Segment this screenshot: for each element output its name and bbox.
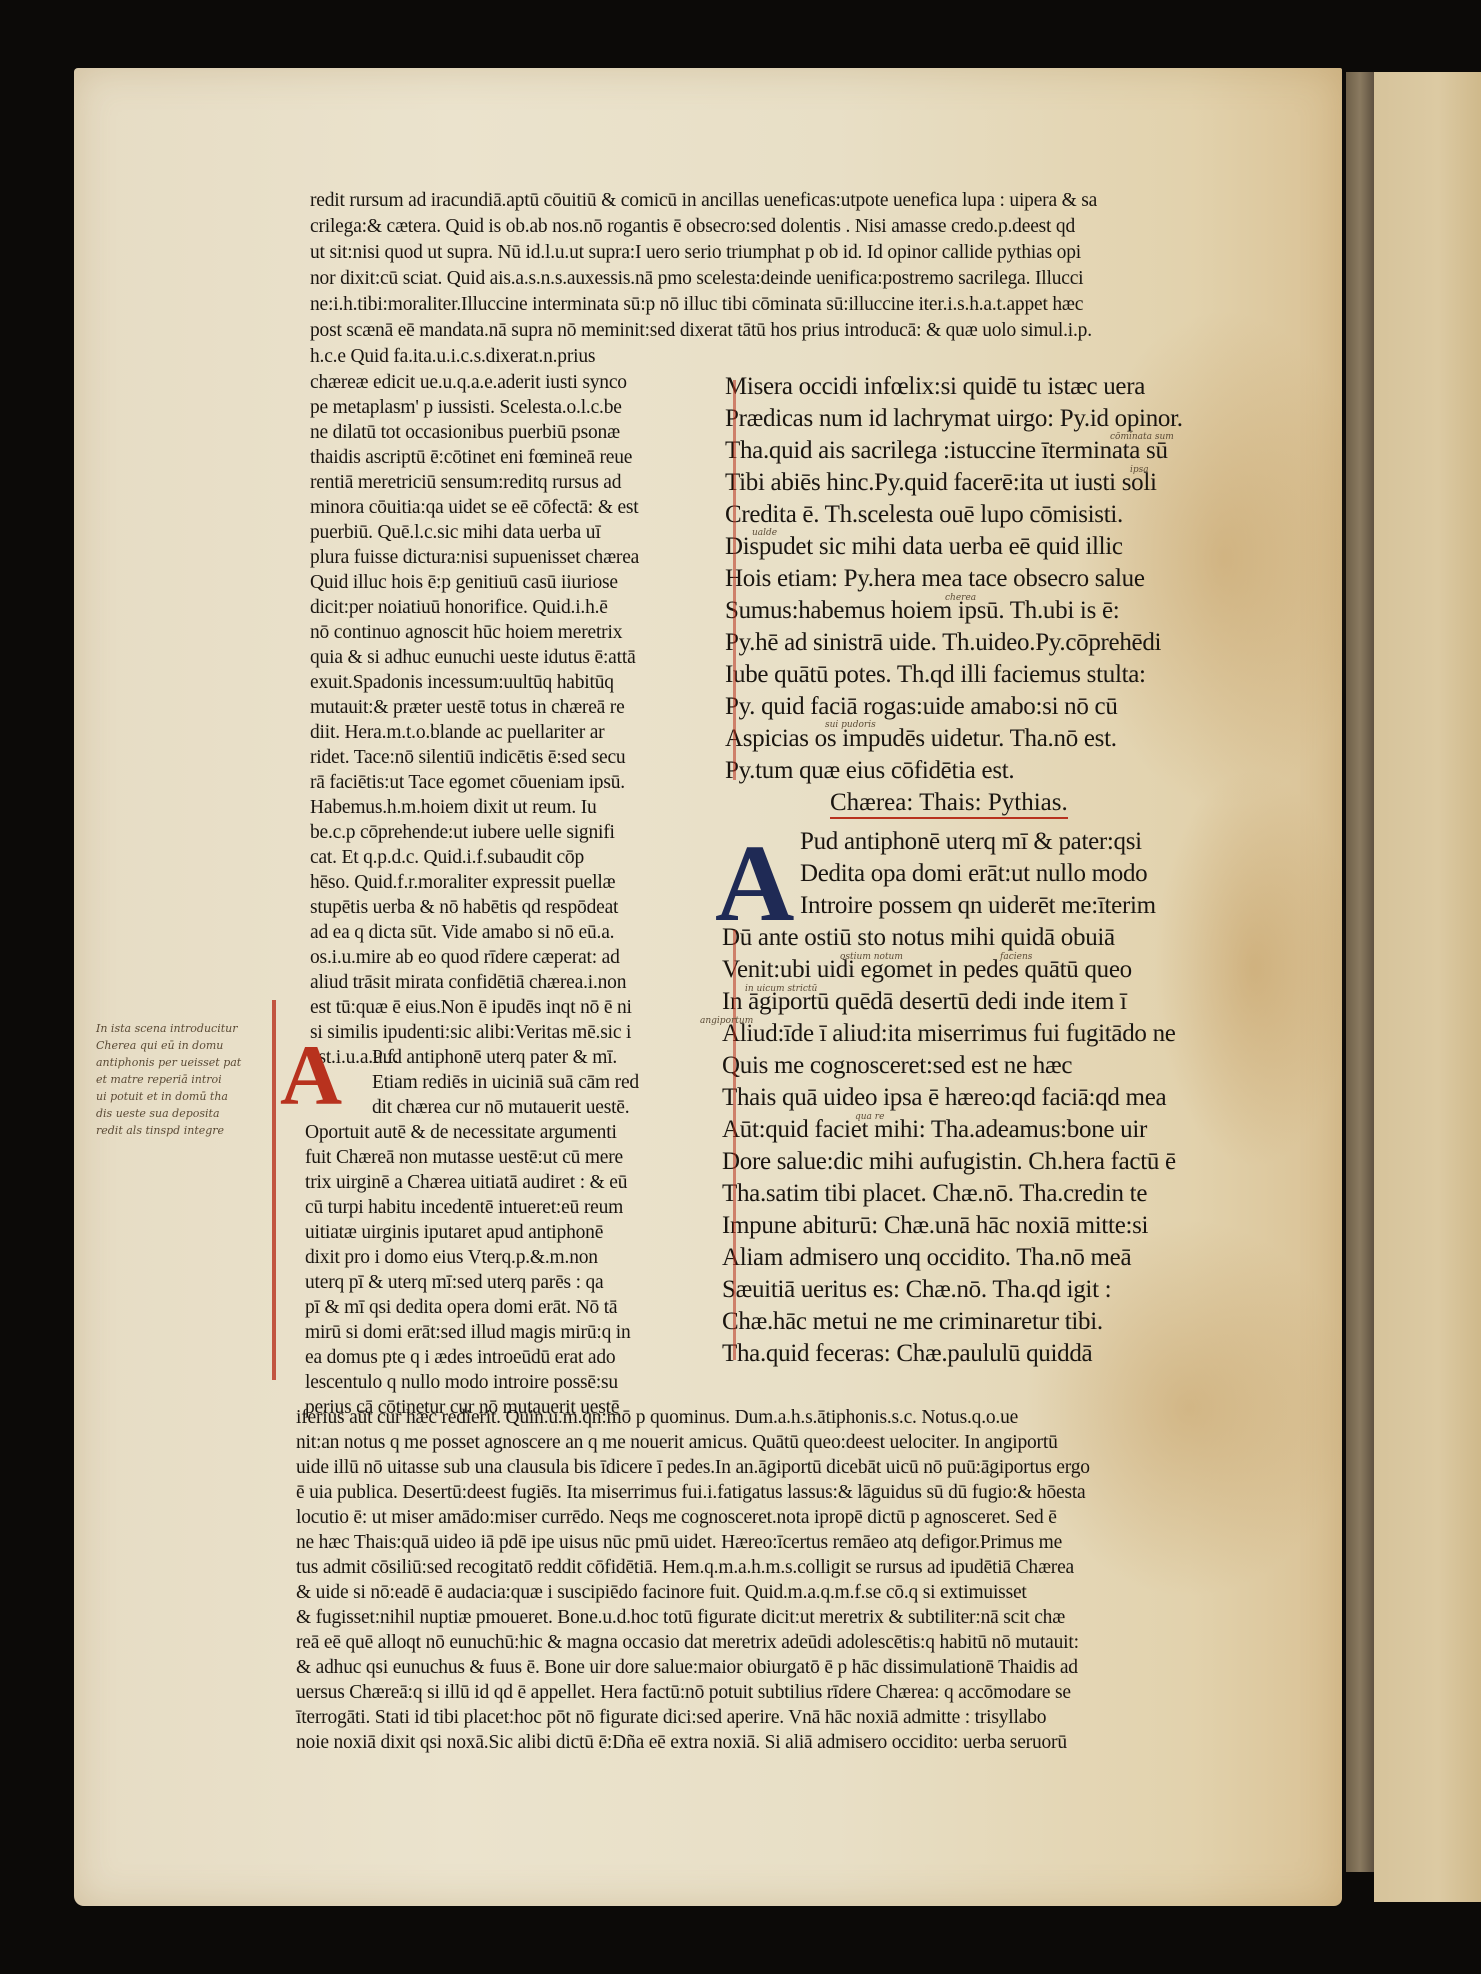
verse-line: Sæuitiā ueritus es: Chæ.nō. Tha.qd igit … <box>722 1276 1111 1304</box>
gloss: faciens <box>1000 952 1032 962</box>
commentary-line: rā faciētis:ut Tace egomet cōueniam ipsū… <box>310 772 625 794</box>
commentary-line: uterq pī & uterq mī:sed uterq parēs : qa <box>305 1272 604 1294</box>
verse-line: Prædicas num id lachrymat uirgo: Py.id o… <box>725 405 1183 433</box>
commentary-line: ridet. Tace:nō silentiū indicētis ē:sed … <box>310 747 625 769</box>
commentary-line: nit:an notus q me posset agnoscere an q … <box>296 1432 1058 1454</box>
commentary-line: tus admit cōsiliū:sed recogitatō reddit … <box>296 1557 1074 1579</box>
commentary-line: ea domus pte q i ædes introeūdū erat ado <box>305 1347 615 1369</box>
commentary-line: iferius aūt cur hæc redierit. Quin.u.m.q… <box>296 1407 1018 1429</box>
commentary-line: cat. Et q.p.d.c. Quid.i.f.subaudit cōp <box>310 847 584 869</box>
initial-flourish <box>272 1000 276 1380</box>
commentary-line: & adhuc qsi eunuchus & fuus ē. Bone uir … <box>296 1657 1078 1679</box>
commentary-line: post scænā eē mandata.nā supra nō memini… <box>310 320 1092 342</box>
gloss: cherea <box>945 593 976 603</box>
commentary-line: reā eē quē alloqt nō eunuchū:hic & magna… <box>296 1632 1079 1654</box>
gloss: ipsa <box>1130 465 1149 475</box>
annotation-line: antiphonis per ueisset pat <box>96 1054 241 1071</box>
commentary-line: cū turpi habitu incedentē intueret:eū re… <box>305 1197 623 1219</box>
verse-line: Quis me cognosceret:sed est ne hæc <box>722 1052 1072 1080</box>
commentary-line: mirū si domi erāt:sed illud magis mirū:q… <box>305 1322 631 1344</box>
commentary-line: Etiam rediēs in uiciniā suā cām red <box>372 1072 639 1094</box>
commentary-line: ne:i.h.tibi:moraliter.Illuccine intermin… <box>310 294 1083 316</box>
verse-line: Dore salue:dic mihi aufugistin. Ch.hera … <box>722 1148 1176 1176</box>
verse-line: Aūt:quid faciet mihi: Tha.adeamus:bone u… <box>722 1116 1147 1144</box>
commentary-line: trix uirginē a Chærea uitiatā audiret : … <box>305 1172 627 1194</box>
commentary-line: puerbiū. Quē.l.c.sic mihi data uerba uī <box>310 522 601 544</box>
commentary-line: Quid illuc hois ē:p genitiuū casū iiurio… <box>310 572 618 594</box>
commentary-line: & fugisset:nihil nuptiæ pmoueret. Bone.u… <box>296 1607 1065 1629</box>
gutter-shadow <box>1346 72 1374 1872</box>
commentary-line: minora cōuitia:qa uidet se eē cōfectā: &… <box>310 497 639 519</box>
commentary-line: locutio ē: ut miser amādo:miser currēdo.… <box>296 1507 1057 1529</box>
verse-line: Aliud:īde ī aliud:ita miserrimus fui fug… <box>722 1020 1176 1048</box>
commentary-line: Pud antiphonē uterq pater & mī. <box>372 1047 617 1069</box>
rubrication-stroke <box>733 380 736 780</box>
verse-line: Chæ.hāc metui ne me criminaretur tibi. <box>722 1308 1103 1336</box>
verse-line: Aliam admisero unq occidito. Tha.nō meā <box>722 1244 1131 1272</box>
gloss: cōminata sum <box>1110 432 1174 442</box>
verse-line: Thais quā uideo ipsa ē hæreo:qd faciā:qd… <box>722 1084 1166 1112</box>
verse-line: Introire possem qn uiderēt me:īterim <box>800 892 1156 920</box>
water-stain <box>1024 1218 1354 1598</box>
verse-line: Aspicias os impudēs uidetur. Tha.nō est. <box>725 725 1117 753</box>
commentary-line: Oportuit autē & de necessitate argumenti <box>305 1122 617 1144</box>
annotation-line: redit als tinspd integre <box>96 1122 224 1139</box>
commentary-line: rentiā meretriciū sensum:reditq rursus a… <box>310 472 621 494</box>
commentary-line: quia & si adhuc eunuchi ueste idutus ē:a… <box>310 647 636 669</box>
commentary-line: uide illū nō uitasse sub una clausula bi… <box>296 1457 1090 1479</box>
gloss: sui pudoris <box>825 720 876 730</box>
verse-line: Sumus:habemus hoiem ipsū. Th.ubi is ē: <box>725 597 1119 625</box>
facing-page-edge <box>1374 72 1481 1902</box>
water-stain <box>1154 768 1354 1168</box>
commentary-line: dit chærea cur nō mutauerit uestē. <box>372 1097 629 1119</box>
commentary-line: lescentulo q nullo modo introire possē:s… <box>305 1372 618 1394</box>
verse-line: Tha.quid ais sacrilega :istuccine ītermi… <box>725 437 1168 465</box>
commentary-line: thaidis ascriptū ē:cōtinet eni fœmineā r… <box>310 447 632 469</box>
verse-line: Tibi abiēs hinc.Py.quid facerē:ita ut iu… <box>725 469 1157 497</box>
gloss: ualde <box>752 528 777 538</box>
commentary-line: est tū:quæ ē eius.Non ē ipudēs inqt nō ē… <box>310 997 632 1019</box>
commentary-line: Habemus.h.m.hoiem dixit ut reum. Iu <box>310 797 597 819</box>
gloss: ostium notum <box>840 952 903 962</box>
commentary-line: os.i.u.mire ab eo quod rīdere cæperat: a… <box>310 947 620 969</box>
commentary-line: dixit pro i domo eius Vterq.p.&.m.non <box>305 1247 598 1269</box>
commentary-line: īterrogāti. Stati id tibi placet:hoc pōt… <box>296 1707 1046 1729</box>
verse-line: Dedita opa domi erāt:ut nullo modo <box>800 860 1147 888</box>
page-leaf <box>74 68 1342 1906</box>
commentary-line: ē uia publica. Desertū:deest fugiēs. Ita… <box>296 1482 1086 1504</box>
commentary-line: ad ea q dicta sūt. Vide amabo si nō eū.a… <box>310 922 614 944</box>
verse-line: Hois etiam: Py.hera mea tace obsecro sal… <box>725 565 1145 593</box>
verse-line: Pud antiphonē uterq mī & pater:qsi <box>800 828 1142 856</box>
commentary-line: redit rursum ad iracundiā.aptū cōuitiū &… <box>310 190 1097 212</box>
commentary-line: noie noxiā dixit qsi noxā.Sic alibi dict… <box>296 1732 1067 1754</box>
decorated-initial-red: A <box>280 1032 342 1118</box>
commentary-line: stupētis uerba & nō habētis qd respōdeat <box>310 897 618 919</box>
commentary-line: ut sit:nisi quod ut supra. Nū id.l.u.ut … <box>310 242 1081 264</box>
commentary-line: be.c.p cōprehende:ut iubere uelle signif… <box>310 822 615 844</box>
commentary-line: hēso. Quid.f.r.moraliter expressit puell… <box>310 872 615 894</box>
annotation-line: et matre reperiā introi <box>96 1071 222 1088</box>
verse-line: Iube quātū potes. Th.qd illi faciemus st… <box>725 661 1146 689</box>
verse-line: Py.hē ad sinistrā uide. Th.uideo.Py.cōpr… <box>725 629 1161 657</box>
commentary-line: dicit:per noiatiuū honorifice. Quid.i.h.… <box>310 597 608 619</box>
commentary-line: nor dixit:cū sciat. Quid ais.a.s.n.s.aux… <box>310 268 1083 290</box>
annotation-line: In ista scena introducitur <box>96 1020 238 1037</box>
verse-line: Tha.satim tibi placet. Chæ.nō. Tha.credi… <box>722 1180 1147 1208</box>
commentary-line: chæreæ edicit ue.u.q.a.e.aderit iusti sy… <box>310 372 627 394</box>
commentary-line: & uide si nō:eadē ē audacia:quæ i suscip… <box>296 1582 1027 1604</box>
decorated-initial-blue: A <box>715 828 794 938</box>
commentary-line: crilega:& cætera. Quid is ob.ab nos.nō r… <box>310 216 1075 238</box>
commentary-line: mutauit:& præter uestē totus in chæreā r… <box>310 697 625 719</box>
rubrication-stroke <box>733 930 736 1360</box>
commentary-line: uersus Chæreā:q si illū id qd ē appellet… <box>296 1682 1071 1704</box>
commentary-line: h.c.e Quid fa.ita.u.i.c.s.dixerat.n.priu… <box>310 346 595 368</box>
annotation-line: Cherea qui eū in domu <box>96 1037 223 1054</box>
verse-line: Dispudet sic mihi data uerba eē quid ill… <box>725 533 1123 561</box>
commentary-line: ne dilatū tot occasionibus puerbiū psonæ <box>310 422 620 444</box>
commentary-line: pī & mī qsi dedita opera domi erāt. Nō t… <box>305 1297 617 1319</box>
verse-line: Credita ē. Th.scelesta ouē lupo cōmisist… <box>725 501 1123 529</box>
commentary-line: diit. Hera.m.t.o.blande ac puellariter a… <box>310 722 604 744</box>
annotation-line: ui potuit et in domū tha <box>96 1088 228 1105</box>
commentary-line: fuit Chæreā non mutasse uestē:ut cū mere <box>305 1147 623 1169</box>
verse-line: Dū ante ostiū sto notus mihi quidā obuiā <box>722 924 1115 952</box>
annotation-line: dis ueste sua deposita <box>96 1105 220 1122</box>
verse-line: Impune abiturū: Chæ.unā hāc noxiā mitte:… <box>722 1212 1148 1240</box>
commentary-line: nō continuo agnoscit hūc hoiem meretrix <box>310 622 622 644</box>
gloss: angiportum <box>700 1016 753 1026</box>
commentary-line: ne hæc Thais:quā uideo iā pdē ipe uisus … <box>296 1532 1062 1554</box>
verse-line: Tha.quid feceras: Chæ.paululū quiddā <box>722 1340 1092 1368</box>
gloss: qua re <box>855 1112 884 1122</box>
commentary-line: plura fuisse dictura:nisi supuenisset ch… <box>310 547 639 569</box>
commentary-line: si similis ipudenti:sic alibi:Veritas mē… <box>310 1022 631 1044</box>
commentary-line: uitiatæ uirginis iputaret apud antiphonē <box>305 1222 603 1244</box>
gloss: in uicum strictū <box>745 984 817 994</box>
verse-line: Venit:ubi uidi egomet in pedes quātū que… <box>722 956 1132 984</box>
commentary-line: pe metaplasm' p iussisti. Scelesta.o.l.c… <box>310 397 622 419</box>
verse-line: Py. quid faciā rogas:uide amabo:si nō cū <box>725 693 1118 721</box>
scene-heading: Chærea: Thais: Pythias. <box>830 789 1068 819</box>
verse-line: Py.tum quæ eius cōfidētia est. <box>725 757 1014 785</box>
commentary-line: exuit.Spadonis incessum:uultūq habitūq <box>310 672 614 694</box>
commentary-line: aliud trāsit mirata confidētiā chærea.i.… <box>310 972 626 994</box>
verse-line: Misera occidi infœlix:si quidē tu istæc … <box>725 373 1145 401</box>
